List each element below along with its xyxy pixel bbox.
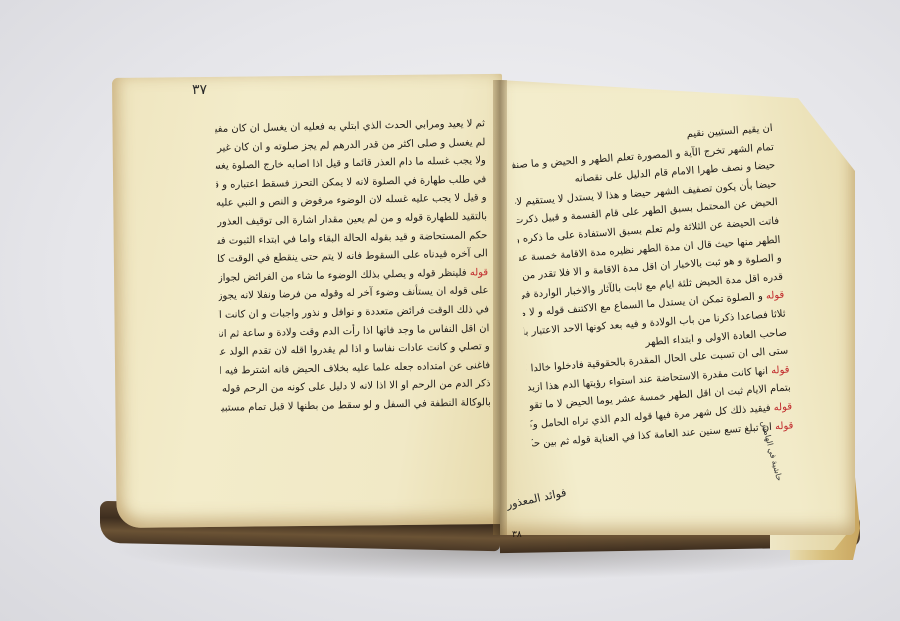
rubric: قوله [470, 267, 489, 278]
bottom-page-number: ٣٨ [512, 530, 522, 540]
rubric: قوله [766, 290, 785, 302]
left-page-text: ثم لا يعيد ومرابي الحدث الذي ابتلي به فع… [215, 115, 491, 418]
rubric: قوله [775, 420, 794, 432]
page-number: ٣٧ [192, 82, 207, 98]
right-page-text: ان يقيم الستيين نقيم تمام الشهر تخرج الآ… [511, 120, 794, 454]
open-manuscript-book: ٣٧ ثم لا يعيد ومرابي الحدث الذي ابتلي به… [0, 0, 900, 621]
rubric: قوله [773, 401, 792, 413]
book-gutter [493, 80, 507, 535]
rubric: قوله [771, 364, 790, 376]
